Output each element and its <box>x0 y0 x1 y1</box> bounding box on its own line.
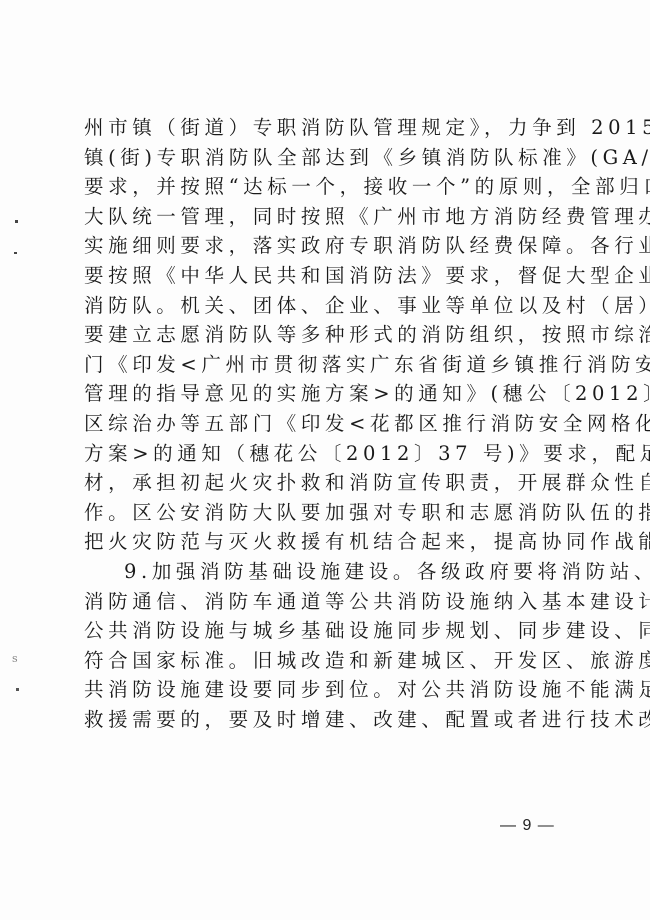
section-number: 9. <box>124 560 152 583</box>
margin-dot <box>15 220 18 223</box>
text-line: 要求，并按照“达标一个，接收一个”的原则，全部归口区消防 <box>84 172 574 202</box>
text-line: 管理的指导意见的实施方案>的通知》(穗公〔2012〕146 号)和 <box>84 379 574 409</box>
margin-scan-mark: s <box>12 652 18 665</box>
margin-dot <box>14 252 17 254</box>
text-line: 作。区公安消防大队要加强对专职和志愿消防队伍的指导，切实 <box>84 498 574 528</box>
text-line: 材，承担初起火灾扑救和消防宣传职责，开展群众性自防自救工 <box>84 468 574 498</box>
text-line: 门《印发<广州市贯彻落实广东省街道乡镇推行消防安全网格化 <box>84 350 574 380</box>
text-line: 州市镇（街道）专职消防队管理规定》，力争到 2015 年底，全区 <box>84 113 574 143</box>
text-line: 符合国家标准。旧城改造和新建城区、开发区、旅游度假区的公 <box>84 646 574 676</box>
text-line: 要建立志愿消防队等多种形式的消防组织，按照市综治办等五部 <box>84 320 574 350</box>
text-line: 公共消防设施与城乡基础设施同步规划、同步建设、同步使用， <box>84 616 574 646</box>
text-line: 救援需要的，要及时增建、改建、配置或者进行技术改造。负责 <box>84 705 574 735</box>
document-page: s 州市镇（街道）专职消防队管理规定》，力争到 2015 年底，全区 镇(街)专… <box>0 0 650 920</box>
text-line: 把火灾防范与灭火救援有机结合起来，提高协同作战能力。 <box>84 527 574 557</box>
section-first-line-text: 各级政府要将消防站、消防供水、 <box>417 560 650 583</box>
section-first-line: 9.加强消防基础设施建设。各级政府要将消防站、消防供水、 <box>84 557 574 587</box>
text-line: 要按照《中华人民共和国消防法》要求，督促大型企业建设专职 <box>84 261 574 291</box>
text-line: 大队统一管理，同时按照《广州市地方消防经费管理办法》及其 <box>84 202 574 232</box>
paragraph-1: 州市镇（街道）专职消防队管理规定》，力争到 2015 年底，全区 镇(街)专职消… <box>84 113 574 557</box>
text-line: 消防队。机关、团体、企业、事业等单位以及村（居）民委员会 <box>84 291 574 321</box>
text-line: 共消防设施建设要同步到位。对公共消防设施不能满足灭火应急 <box>84 675 574 705</box>
text-line: 区综治办等五部门《印发<花都区推行消防安全网格化管理实施 <box>84 409 574 439</box>
section-heading: 加强消防基础设施建设。 <box>152 560 417 583</box>
paragraph-2: 9.加强消防基础设施建设。各级政府要将消防站、消防供水、 消防通信、消防车通道等… <box>84 557 574 735</box>
text-line: 方案>的通知（穗花公〔2012〕37 号)》要求，配足配齐消防器 <box>84 439 574 469</box>
margin-dot <box>16 688 19 691</box>
page-number: — 9 — <box>500 817 555 835</box>
text-line: 实施细则要求，落实政府专职消防队经费保障。各行业主管部门 <box>84 231 574 261</box>
body-text: 州市镇（街道）专职消防队管理规定》，力争到 2015 年底，全区 镇(街)专职消… <box>84 113 574 734</box>
text-line: 镇(街)专职消防队全部达到《乡镇消防队标准》(GA/T998-2012) <box>84 143 574 173</box>
text-line: 消防通信、消防车通道等公共消防设施纳入基本建设计划，确保 <box>84 587 574 617</box>
